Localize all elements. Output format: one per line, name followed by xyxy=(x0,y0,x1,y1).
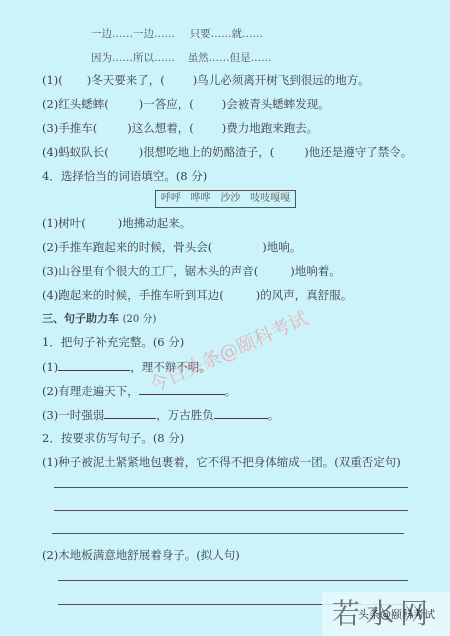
q4-item-2: (2)手推车跑起来的时候，骨头会()地响。 xyxy=(42,239,301,255)
part3-title: 三、句子助力车 xyxy=(42,312,119,325)
logo-caption: 头条@颐科考试 xyxy=(358,606,435,622)
q2-item-2: (2)木地板满意地舒展着身子。(拟人句) xyxy=(42,547,240,563)
q4-title: 4．选择恰当的词语填空。(8 分) xyxy=(42,168,207,184)
fill-item-2: (2)红头蟋蟀()一答应，()会被青头蟋蟀发现。 xyxy=(42,96,330,112)
word-option: 吱吱嘎嘎 xyxy=(250,191,290,207)
answer-line[interactable] xyxy=(54,487,408,488)
q1-item-3: (3)一时强弱，万古胜负。 xyxy=(42,406,279,423)
conjunction-row-1: 一边……一边…… 只要……就…… xyxy=(91,26,263,42)
answer-line[interactable] xyxy=(58,580,408,581)
q1-item-2: (2)有理走遍天下，。 xyxy=(42,382,236,399)
answer-line[interactable] xyxy=(52,533,404,534)
q1-title: 1．把句子补充完整。(6 分) xyxy=(42,334,184,350)
conjunction: 只要……就…… xyxy=(190,28,264,40)
word-bank-box: 呼呼 哗哗 沙沙 吱吱嘎嘎 xyxy=(155,190,296,208)
q2-item-1: (1)种子被泥土紧紧地包裹着，它不得不把身体缩成一团。(双重否定句) xyxy=(42,454,401,470)
logo-subtext: ··· ··· ··· xyxy=(332,628,393,634)
fill-item-4: (4)蚂蚁队长()很想吃地上的奶酪渣子，()他还是遵守了禁令。 xyxy=(42,144,412,160)
conjunction: 一边……一边…… xyxy=(91,28,175,40)
conjunction: 因为……所以…… xyxy=(91,52,175,64)
site-logo: 若水网 头条@颐科考试 ··· ··· ··· xyxy=(322,592,450,636)
worksheet-page: 一边……一边…… 只要……就…… 因为……所以…… 虽然……但是…… (1)()… xyxy=(0,0,450,636)
part3-score: (20 分) xyxy=(123,314,157,325)
conjunction-row-2: 因为……所以…… 虽然……但是…… xyxy=(91,50,272,66)
part3-heading: 三、句子助力车 (20 分) xyxy=(42,310,156,328)
q4-item-1: (1)树叶()地拂动起来。 xyxy=(42,215,191,231)
q4-item-3: (3)山谷里有个很大的工厂，锯木头的声音()地响着。 xyxy=(42,263,341,279)
answer-line[interactable] xyxy=(214,406,268,419)
word-option: 沙沙 xyxy=(220,191,240,207)
q4-item-4: (4)跑起来的时候，手推车听到耳边()的风声，真舒服。 xyxy=(42,287,352,303)
answer-line[interactable] xyxy=(58,358,130,371)
word-option: 呼呼 xyxy=(161,191,181,207)
answer-line[interactable] xyxy=(104,406,156,419)
q2-title: 2．按要求仿写句子。(8 分) xyxy=(42,430,184,446)
fill-item-3: (3)手推车()这么想着，()费力地跑来跑去。 xyxy=(42,120,318,136)
conjunction: 虽然……但是…… xyxy=(188,52,272,64)
answer-line[interactable] xyxy=(54,510,408,511)
fill-item-1: (1)()冬天要来了，()鸟儿必须离开树飞到很远的地方。 xyxy=(42,72,370,88)
word-option: 哗哗 xyxy=(191,191,211,207)
